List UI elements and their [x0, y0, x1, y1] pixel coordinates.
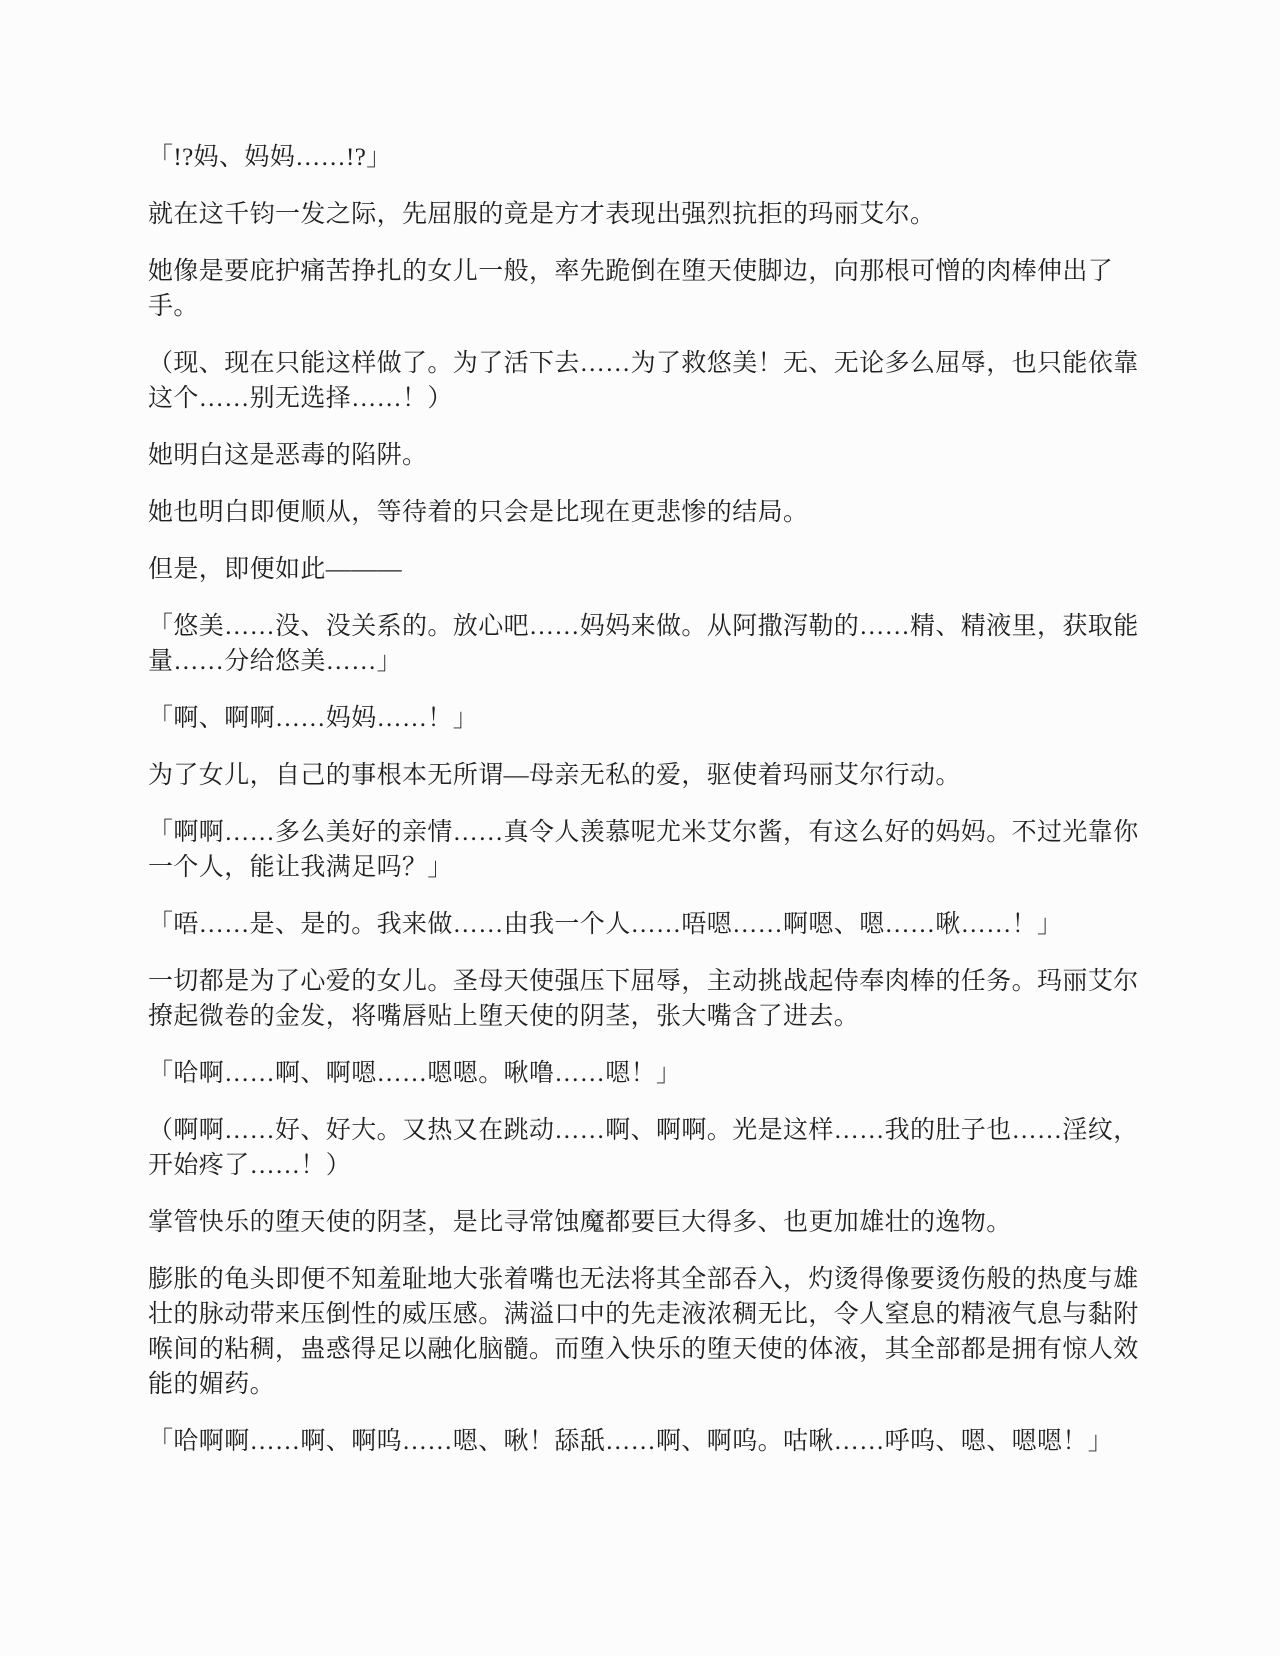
paragraph: 膨胀的龟头即便不知羞耻地大张着嘴也无法将其全部吞入，灼烫得像要烫伤般的热度与雄壮… [148, 1262, 1152, 1402]
paragraph: 但是，即便如此——— [148, 552, 1152, 587]
paragraph: 「啊、啊啊……妈妈……！」 [148, 701, 1152, 736]
paragraph: 「哈啊……啊、啊嗯……嗯嗯。啾噜……嗯！」 [148, 1056, 1152, 1091]
paragraph: 掌管快乐的堕天使的阴茎，是比寻常蚀魔都要巨大得多、也更加雄壮的逸物。 [148, 1205, 1152, 1240]
text-column: 「!?妈、妈妈……!?」 就在这千钧一发之际，先屈服的竟是方才表现出强烈抗拒的玛… [148, 140, 1152, 1459]
paragraph: 「哈啊啊……啊、啊呜……嗯、啾！舔舐……啊、啊呜。咕啾……呼呜、嗯、嗯嗯！」 [148, 1424, 1152, 1459]
paragraph: 一切都是为了心爱的女儿。圣母天使强压下屈辱，主动挑战起侍奉肉棒的任务。玛丽艾尔撩… [148, 964, 1152, 1034]
paragraph: 她明白这是恶毒的陷阱。 [148, 438, 1152, 473]
paragraph: 就在这千钧一发之际，先屈服的竟是方才表现出强烈抗拒的玛丽艾尔。 [148, 197, 1152, 232]
paragraph: 为了女儿，自己的事根本无所谓—母亲无私的爱，驱使着玛丽艾尔行动。 [148, 758, 1152, 793]
paragraph: 她像是要庇护痛苦挣扎的女儿一般，率先跪倒在堕天使脚边，向那根可憎的肉棒伸出了手。 [148, 254, 1152, 324]
paragraph: 「!?妈、妈妈……!?」 [148, 140, 1152, 175]
paragraph: 「悠美……没、没关系的。放心吧……妈妈来做。从阿撒泻勒的……精、精液里，获取能量… [148, 609, 1152, 679]
document-page: 「!?妈、妈妈……!?」 就在这千钧一发之际，先屈服的竟是方才表现出强烈抗拒的玛… [0, 0, 1280, 1656]
paragraph: （现、现在只能这样做了。为了活下去……为了救悠美！无、无论多么屈辱，也只能依靠这… [148, 346, 1152, 416]
paragraph: 「唔……是、是的。我来做……由我一个人……唔嗯……啊嗯、嗯……啾……！」 [148, 907, 1152, 942]
paragraph: 「啊啊……多么美好的亲情……真令人羡慕呢尤米艾尔酱，有这么好的妈妈。不过光靠你一… [148, 815, 1152, 885]
paragraph: 她也明白即便顺从，等待着的只会是比现在更悲惨的结局。 [148, 495, 1152, 530]
paragraph: （啊啊……好、好大。又热又在跳动……啊、啊啊。光是这样……我的肚子也……淫纹，开… [148, 1113, 1152, 1183]
